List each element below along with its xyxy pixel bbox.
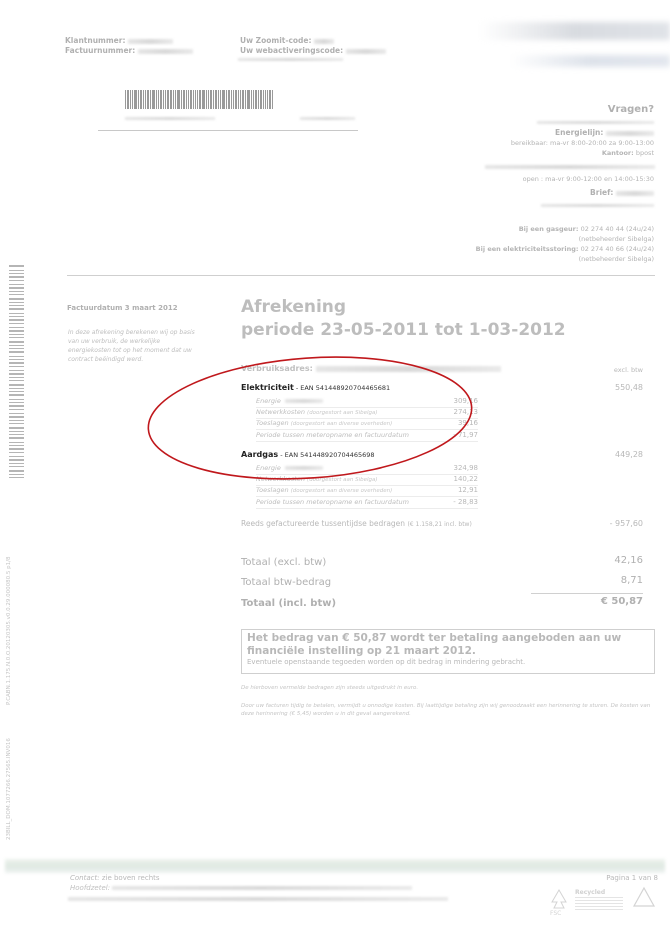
contact-value: zie boven rechts — [102, 874, 160, 882]
redacted-address — [112, 886, 412, 890]
redacted-line — [68, 897, 448, 901]
hoofdzetel-label: Hoofdzetel: — [70, 884, 110, 892]
svg-text:FSC: FSC — [550, 910, 561, 916]
footer-hoofdzetel: Hoofdzetel: — [70, 884, 412, 892]
recycled-label: Recycled — [575, 889, 605, 896]
annotation-ellipse — [0, 0, 670, 927]
footer-contact: Contact: zie boven rechts — [70, 874, 160, 882]
recycled-text — [575, 897, 623, 911]
fsc-logo-icon: FSC — [548, 888, 570, 916]
contact-label: Contact: — [70, 874, 100, 882]
page-number: Pagina 1 van 8 — [606, 874, 658, 882]
footer-band — [5, 859, 665, 873]
recycle-triangle-icon — [632, 886, 656, 912]
